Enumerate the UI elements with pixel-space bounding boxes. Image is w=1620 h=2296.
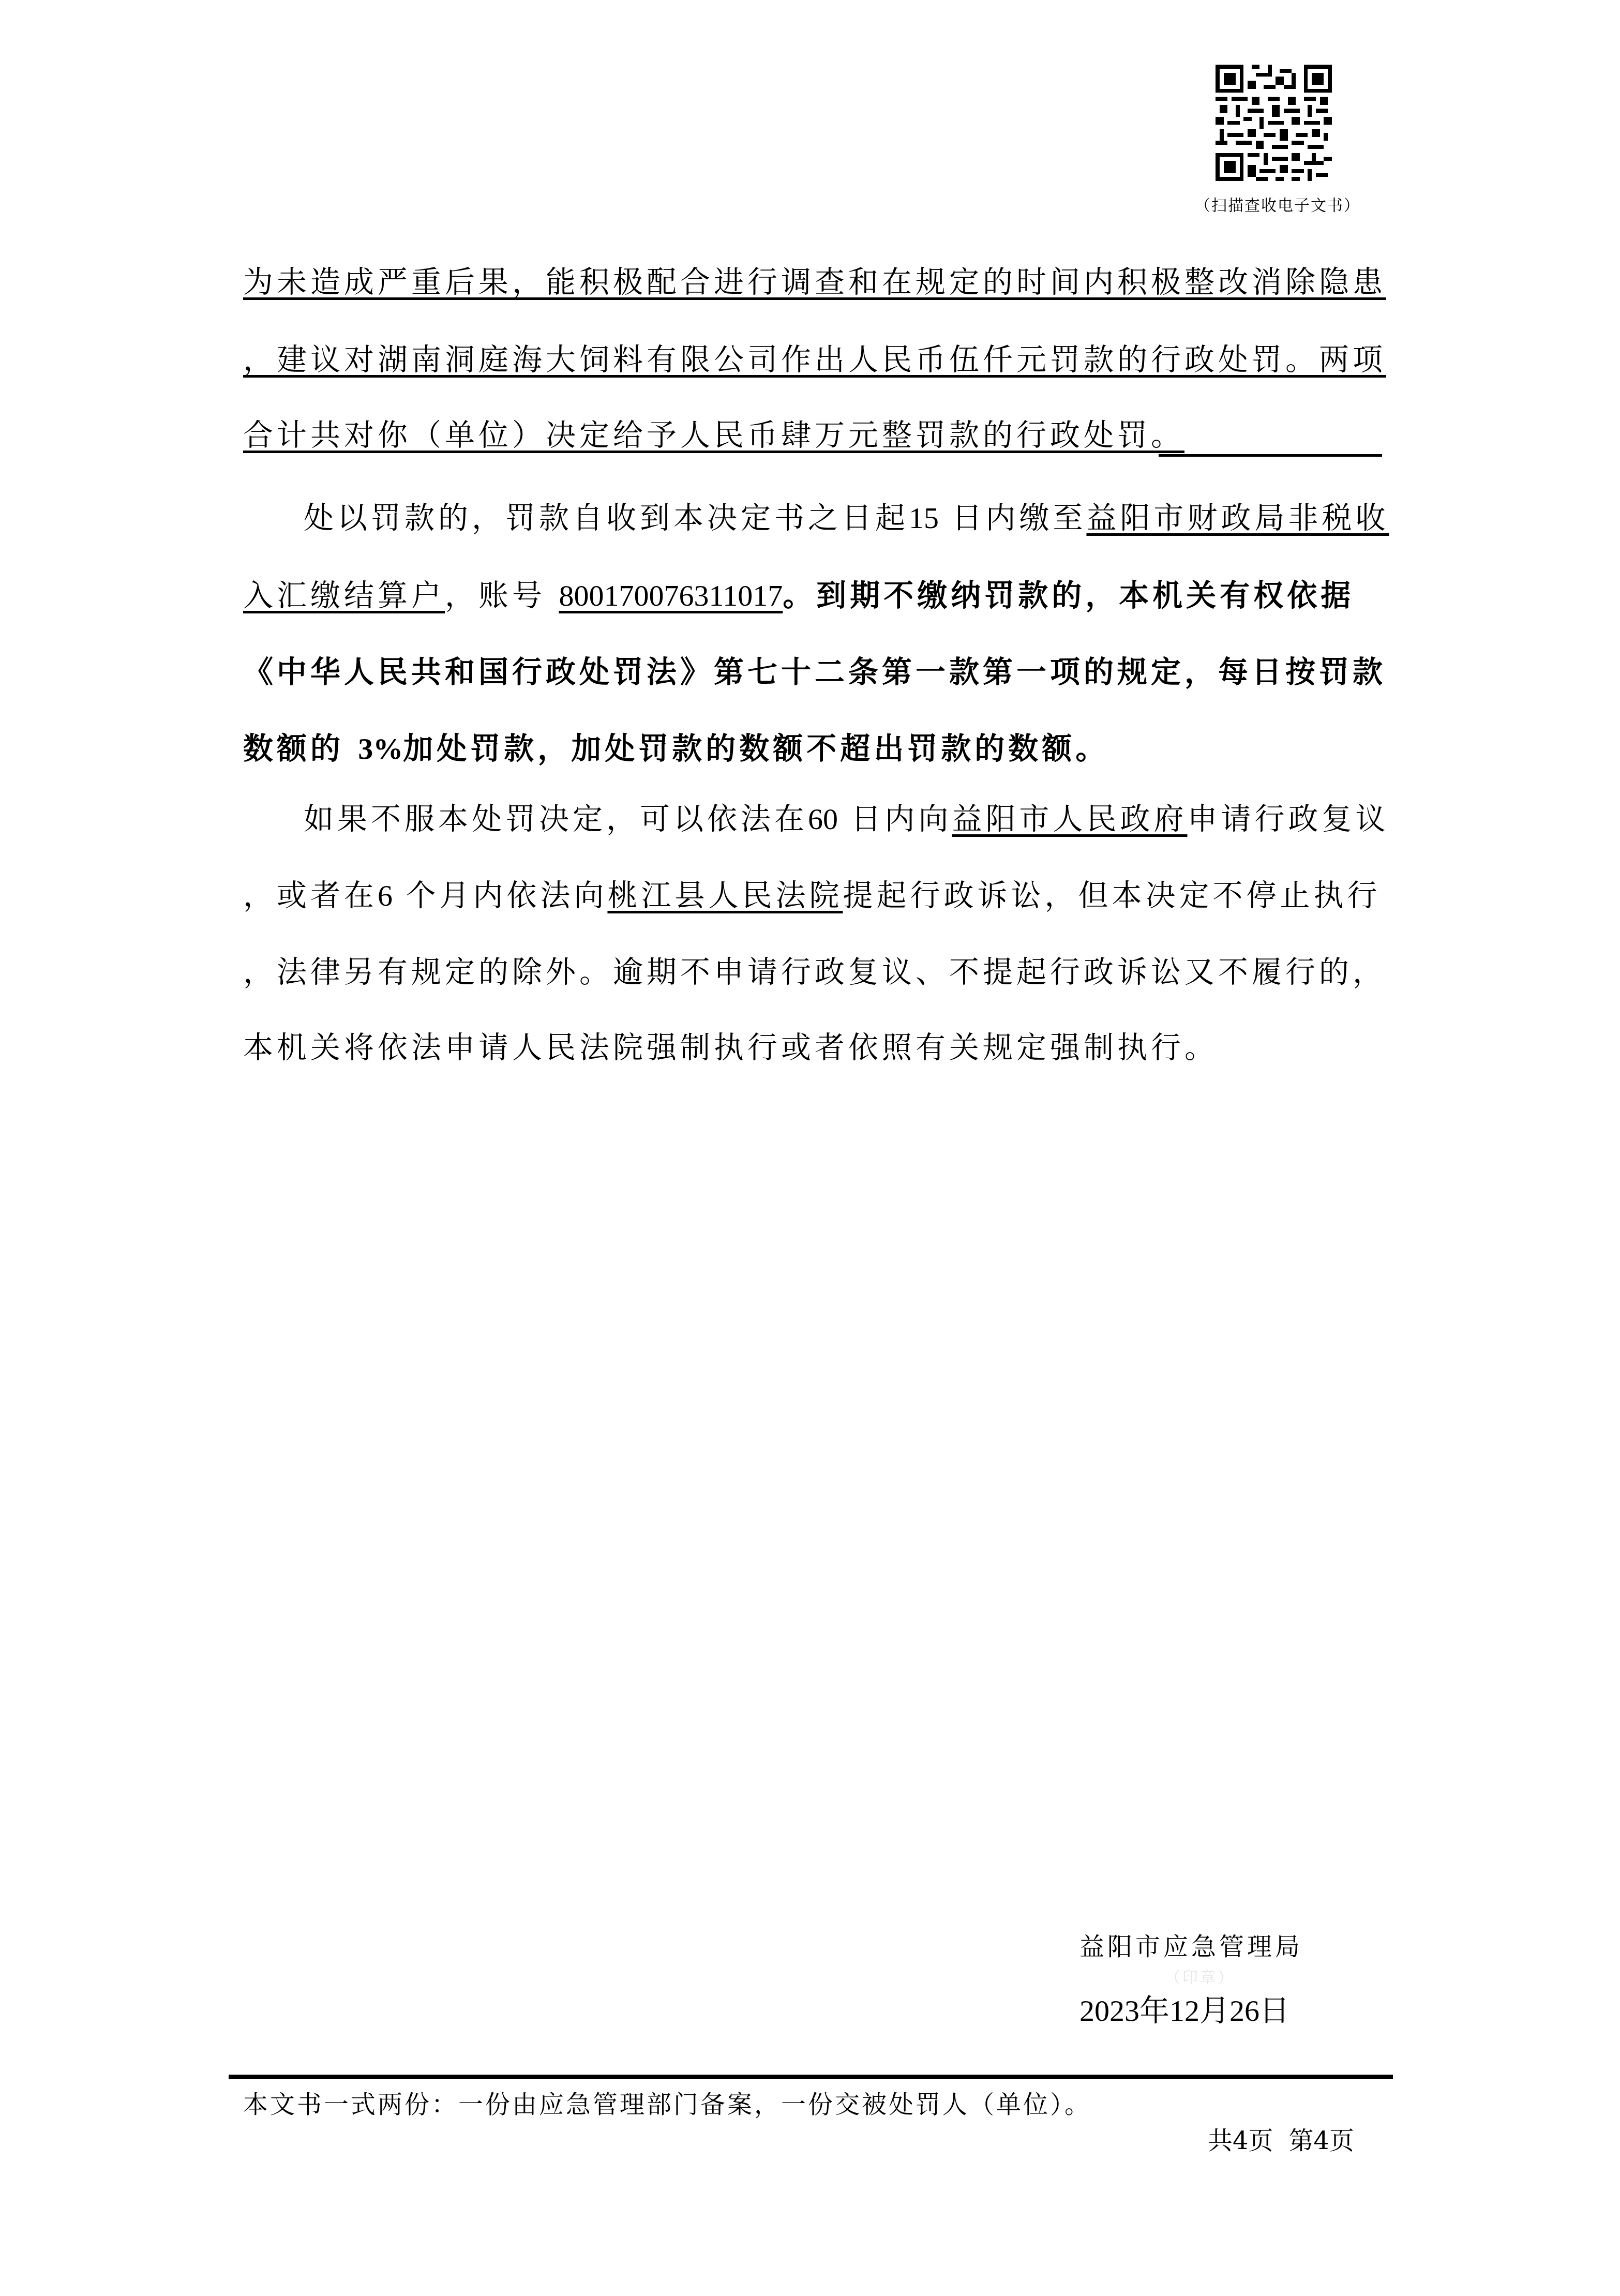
- current-page: 第4页: [1289, 2126, 1355, 2155]
- paragraph3-line1: 如果不服本处罚决定，可以依法在60 日内向益阳市人民政府申请行政复议: [304, 801, 1389, 837]
- fill-in-text: 合计共对你（单位）决定给予人民币肆万元整罚款的行政处罚。: [243, 417, 1184, 453]
- fill-in-blank-rule: [1159, 454, 1382, 457]
- paragraph2-line4: 数额的 3%加处罚款，加处罚款的数额不超出罚款的数额。: [243, 730, 1109, 767]
- total-pages: 共4页: [1208, 2126, 1273, 2155]
- court-name: 桃江县人民法院: [607, 878, 843, 913]
- payee-account-name-cont: 入汇缴结算户: [243, 578, 445, 613]
- payment-days: 15: [909, 501, 939, 535]
- review-authority: 益阳市人民政府: [952, 801, 1187, 836]
- fill-in-text: ，建议对湖南洞庭海大饲料有限公司作出人民币伍仟元罚款的行政处罚。两项: [243, 342, 1386, 377]
- paragraph2-line3: 《中华人民共和国行政处罚法》第七十二条第一款第一项的规定，每日按罚款: [243, 654, 1386, 690]
- paragraph1-line1: 为未造成严重后果，能积极配合进行调查和在规定的时间内积极整改消除隐患: [243, 264, 1386, 300]
- page-indicator: 共4页第4页: [1208, 2121, 1354, 2156]
- issue-date: 2023年12月26日: [1079, 1986, 1289, 2030]
- lawsuit-months: 6: [378, 879, 393, 912]
- qr-caption: （扫描查收电子文书）: [1190, 192, 1366, 215]
- paragraph1-line2: ，建议对湖南洞庭海大饲料有限公司作出人民币伍仟元罚款的行政处罚。两项: [243, 341, 1386, 378]
- seal-placeholder: （印章）: [1165, 1964, 1235, 1987]
- qr-code-icon: [1213, 65, 1334, 181]
- paragraph1-line3: 合计共对你（单位）决定给予人民币肆万元整罚款的行政处罚。: [243, 417, 1184, 453]
- fill-in-text: 为未造成严重后果，能积极配合进行调查和在规定的时间内积极整改消除隐患: [243, 264, 1386, 299]
- issuing-authority: 益阳市应急管理局: [1079, 1927, 1303, 1962]
- paragraph3-line3: ，法律另有规定的除外。逾期不申请行政复议、不提起行政诉讼又不履行的，: [243, 954, 1386, 990]
- footer-divider: [229, 2075, 1393, 2079]
- paragraph3-line2: ，或者在6 个月内依法向桃江县人民法院提起行政诉讼，但本决定不停止执行: [243, 877, 1381, 914]
- qr-code[interactable]: [1213, 65, 1334, 181]
- copies-note: 本文书一式两份：一份由应急管理部门备案，一份交被处罚人（单位）。: [243, 2084, 1091, 2120]
- late-fee-rate: 3%: [358, 732, 403, 766]
- paragraph2-line1: 处以罚款的，罚款自收到本决定书之日起15 日内缴至益阳市财政局非税收: [304, 500, 1389, 536]
- review-days: 60: [808, 802, 838, 836]
- payee-account-name: 益阳市财政局非税收: [1086, 500, 1389, 535]
- paragraph2-line2: 入汇缴结算户，账号 800170076311017。到期不缴纳罚款的，本机关有权…: [243, 577, 1354, 614]
- paragraph3-line4: 本机关将依法申请人民法院强制执行或者依照有关规定强制执行。: [243, 1029, 1218, 1066]
- account-number: 800170076311017: [559, 579, 783, 612]
